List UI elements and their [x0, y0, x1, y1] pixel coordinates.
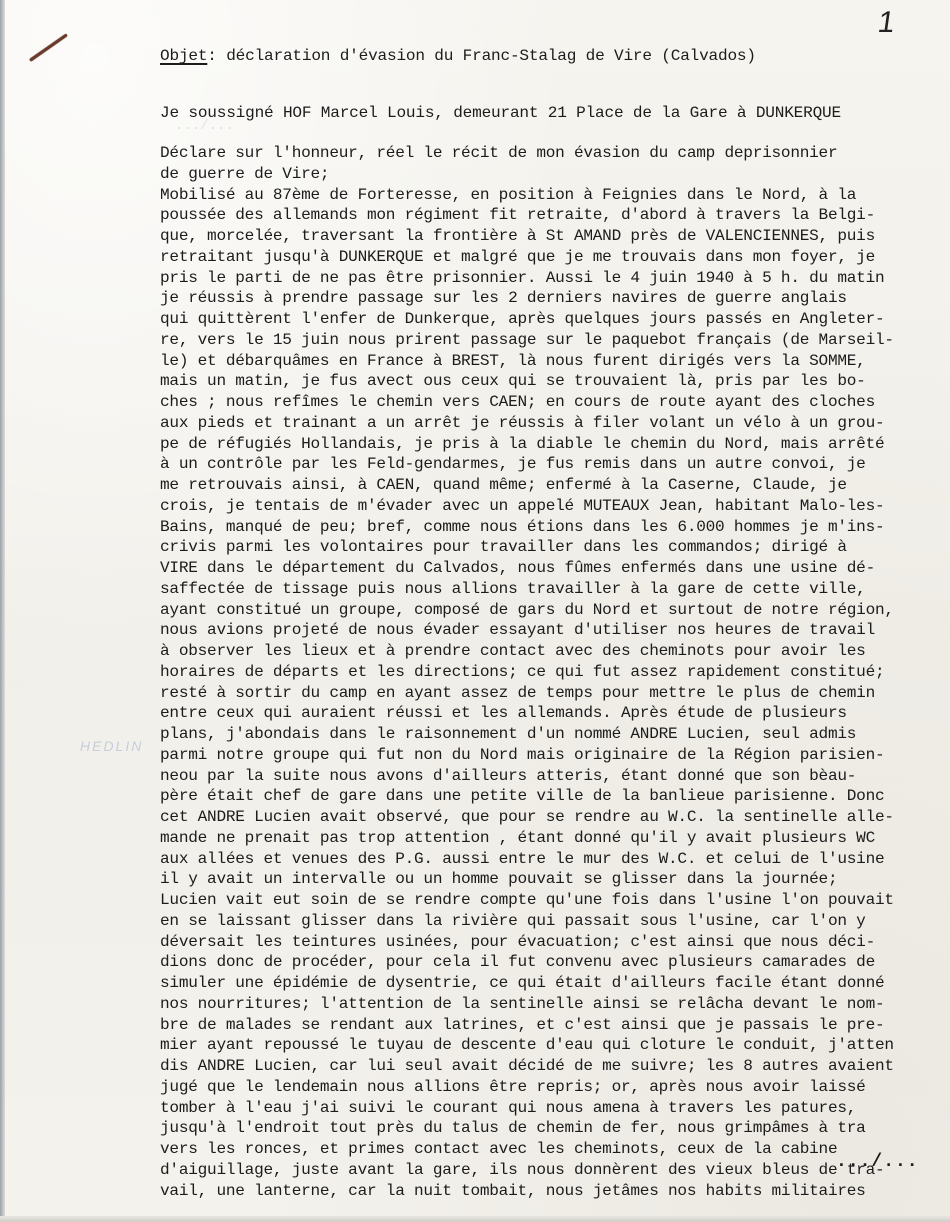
- body-line: vers les ronces, et primes contact avec …: [160, 1139, 894, 1160]
- staple-mark: [29, 33, 68, 61]
- body-line: simuler une épidémie de dysentrie, ce qu…: [160, 973, 894, 994]
- body-line: horaires de départs et les directions; c…: [160, 662, 894, 683]
- body-line: aux pieds et trainant a un arrêt je réus…: [160, 413, 894, 434]
- body-line: nos nourritures; l'attention de la senti…: [160, 994, 894, 1015]
- body-line: à un contrôle par les Feld-gendarmes, je…: [160, 454, 894, 475]
- subject-line: Objet: déclaration d'évasion du Franc-St…: [160, 47, 756, 65]
- body-line: à observer les lieux et à prendre contac…: [160, 641, 894, 662]
- body-line: aux allées et venues des P.G. aussi entr…: [160, 849, 894, 870]
- body-line: Mobilisé au 87ème de Forteresse, en posi…: [160, 185, 894, 206]
- body-line: retraitant jusqu'à DUNKERQUE et malgré q…: [160, 247, 894, 268]
- body-line: que, morcelée, traversant la frontière à…: [160, 226, 894, 247]
- body-line: déversait les teintures usinées, pour év…: [160, 932, 894, 953]
- body-line: entre ceux qui auraient réussi et les al…: [160, 703, 894, 724]
- body-line: me retrouvais ainsi, à CAEN, quand même;…: [160, 475, 894, 496]
- body-line: VIRE dans le département du Calvados, no…: [160, 558, 894, 579]
- body-line: père était chef de gare dans une petite …: [160, 786, 894, 807]
- body-line: saffectée de tissage puis nous allions t…: [160, 579, 894, 600]
- body-line: jugé que le lendemain nous allions être …: [160, 1077, 894, 1098]
- body-line: Bains, manqué de peu; bref, comme nous é…: [160, 517, 894, 538]
- body-line: Déclare sur l'honneur, réel le récit de …: [160, 143, 894, 164]
- body-line: pris le parti de ne pas être prisonnier.…: [160, 268, 894, 289]
- handwritten-page-number: 1: [876, 6, 897, 40]
- body-line: Lucien vait eut soin de se rendre compte…: [160, 890, 894, 911]
- body-line: poussée des allemands mon régiment fit r…: [160, 205, 894, 226]
- declarant-line: Je soussigné HOF Marcel Louis, demeurant…: [160, 104, 841, 122]
- subject-label: Objet: [160, 47, 207, 65]
- body-line: dions donc de procéder, pour cela il fut…: [160, 952, 894, 973]
- body-line: ches ; nous refîmes le chemin vers CAEN;…: [160, 392, 894, 413]
- body-line: mais un matin, je fus avect ous ceux qui…: [160, 371, 894, 392]
- continuation-mark: .../...: [836, 1152, 919, 1172]
- body-line: qui quittèrent l'enfer de Dunkerque, apr…: [160, 309, 894, 330]
- body-line: je réussis à prendre passage sur les 2 d…: [160, 288, 894, 309]
- body-line: nous avions projeté de nous évader essay…: [160, 620, 894, 641]
- body-line: le) et débarquâmes en France à BREST, là…: [160, 351, 894, 372]
- body-line: parmi notre groupe qui fut non du Nord m…: [160, 745, 894, 766]
- declaration-body: Déclare sur l'honneur, réel le récit de …: [160, 143, 894, 1201]
- body-line: re, vers le 15 juin nous prirent passage…: [160, 330, 894, 351]
- body-line: pe de réfugiés Hollandais, je pris à la …: [160, 434, 894, 455]
- body-line: en se laissant glisser dans la rivière q…: [160, 911, 894, 932]
- page-bottom-edge: [0, 1216, 950, 1222]
- body-line: d'aiguillage, juste avant la gare, ils n…: [160, 1160, 894, 1181]
- margin-note: HEDLIN: [80, 738, 143, 754]
- body-line: cet ANDRE Lucien avait observé, que pour…: [160, 807, 894, 828]
- subject-text: : déclaration d'évasion du Franc-Stalag …: [207, 47, 756, 65]
- body-line: crois, je tentais de m'évader avec un ap…: [160, 496, 894, 517]
- body-line: tomber à l'eau j'ai suivi le courant qui…: [160, 1098, 894, 1119]
- body-line: neou par la suite nous avons d'ailleurs …: [160, 766, 894, 787]
- body-line: plans, j'abondais dans le raisonnement d…: [160, 724, 894, 745]
- body-line: mande ne prenait pas trop attention , ét…: [160, 828, 894, 849]
- body-line: jusqu'à l'endroit tout près du talus de …: [160, 1118, 894, 1139]
- body-line: bre de malades se rendant aux latrines, …: [160, 1015, 894, 1036]
- page-left-edge: [0, 0, 5, 1222]
- body-line: crivis parmi les volontaires pour travai…: [160, 537, 894, 558]
- body-line: de guerre de Vire;: [160, 164, 894, 185]
- body-line: resté à sortir du camp en ayant assez de…: [160, 683, 894, 704]
- body-line: mier ayant repoussé le tuyau de descente…: [160, 1035, 894, 1056]
- body-line: il y avait un intervalle ou un homme pou…: [160, 869, 894, 890]
- body-line: dis ANDRE Lucien, car lui seul avait déc…: [160, 1056, 894, 1077]
- body-line: ayant constitué un groupe, composé de ga…: [160, 600, 894, 621]
- document-page: 1 Objet: déclaration d'évasion du Franc-…: [0, 0, 950, 1222]
- body-line: vail, une lanterne, car la nuit tombait,…: [160, 1181, 894, 1202]
